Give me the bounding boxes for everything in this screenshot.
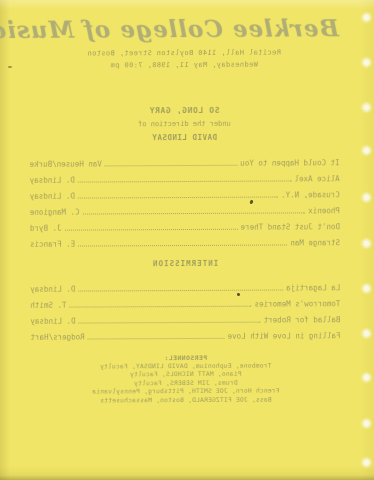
composer-credit: J. Byrd [30, 224, 62, 233]
intermission-heading: INTERMISSION [30, 258, 340, 269]
composer-credit: D. Lindsay [30, 317, 75, 326]
binder-hole [363, 147, 370, 154]
composer-credit: D. Lindsay [30, 176, 75, 185]
binder-hole [363, 14, 370, 21]
program-row: Ballad for RobertD. Lindsay [30, 313, 340, 326]
piece-title: Don't Just Stand There [241, 222, 340, 232]
program-row: Don't Just Stand ThereJ. Byrd [30, 220, 340, 233]
piece-title: Strange Man [290, 238, 340, 247]
mirrored-page-content: Berklee College of Music Recital Hall, 1… [0, 0, 374, 480]
binder-hole [363, 420, 370, 427]
program-row: Strange ManE. Francis [30, 236, 340, 249]
composer-credit: D. Lindsay [30, 192, 75, 201]
personnel-line: Drums, JIM SEBERS, Faculty [31, 380, 341, 388]
piece-title: Tomorrow's Memories [255, 299, 341, 308]
binder-hole [363, 374, 370, 381]
concert-title: SO LONG, GARY [29, 105, 339, 116]
binder-hole [363, 104, 370, 111]
piece-title: Falling in Love With Love [228, 331, 341, 341]
piece-title: La Lagartija [286, 283, 340, 292]
college-logo: Berklee College of Music [29, 15, 339, 44]
binder-hole [363, 285, 370, 292]
director-name: DAVID LINDSAY [29, 132, 339, 143]
program-row: PhoenixC. Mangione [30, 204, 340, 217]
program-row: Tomorrow's MemoriesT. Smith [30, 297, 340, 310]
venue-line: Recital Hall, 1140 Boylston Street, Bost… [29, 48, 339, 58]
dotted-leader [78, 180, 292, 182]
dotted-leader [78, 289, 283, 291]
dotted-leader [78, 244, 287, 246]
program-row: It Could Happen to YouVan Heusen/Burke [30, 156, 340, 169]
program-row: Crusade, N.Y.D. Lindsay [30, 188, 340, 201]
dotted-leader [88, 338, 225, 340]
direction-line: under the direction of [29, 119, 339, 129]
composer-credit: D. Lindsay [30, 285, 75, 294]
dotted-leader [65, 229, 238, 231]
composer-credit: T. Smith [30, 301, 66, 310]
personnel-line: Trombone, Euphonium, DAVID LINDSAY, Facu… [31, 363, 341, 371]
binder-hole [363, 330, 370, 337]
composer-credit: C. Mangione [30, 208, 80, 217]
program-row: La LagartijaD. Lindsay [30, 281, 340, 294]
composer-credit: Rodgers/Hart [30, 333, 84, 342]
piece-title: Alice Axel [295, 174, 340, 183]
dotted-leader [69, 306, 251, 308]
ink-speck [8, 66, 12, 68]
program-row: Alice AxelD. Lindsay [30, 172, 340, 185]
binder-hole [363, 240, 370, 247]
piece-title: Crusade, N.Y. [281, 190, 340, 199]
personnel-line: Bass, JOE FITZGERALD, Boston, Massachuse… [31, 397, 341, 405]
personnel-line: French Horn, JOE SMITH, Pittsburg, Penns… [31, 388, 341, 396]
binder-hole [363, 459, 370, 466]
personnel-line: Piano, MATT NICHOLS, Faculty [31, 372, 341, 380]
dotted-leader [78, 197, 278, 199]
piece-title: Phoenix [308, 206, 340, 215]
dotted-leader [83, 212, 306, 214]
piece-title: It Could Happen to You [240, 158, 339, 168]
program-first-half: It Could Happen to YouVan Heusen/BurkeAl… [30, 156, 340, 249]
composer-credit: E. Francis [30, 240, 75, 249]
binder-hole [363, 59, 370, 66]
date-time-line: Wednesday, May 11, 1988, 7:00 pm [29, 60, 339, 70]
scanned-program-page: Berklee College of Music Recital Hall, 1… [0, 0, 374, 480]
personnel-list: Trombone, Euphonium, DAVID LINDSAY, Facu… [31, 363, 341, 405]
personnel-heading: PERSONNEL: [31, 353, 341, 363]
dotted-leader [105, 165, 237, 167]
piece-title: Ballad for Robert [264, 315, 341, 324]
program-second-half: La LagartijaD. LindsayTomorrow's Memorie… [30, 281, 340, 342]
dotted-leader [79, 322, 261, 324]
program-row: Falling in Love With LoveRodgers/Hart [30, 329, 340, 342]
binder-hole [363, 194, 370, 201]
composer-credit: Van Heusen/Burke [30, 159, 102, 168]
